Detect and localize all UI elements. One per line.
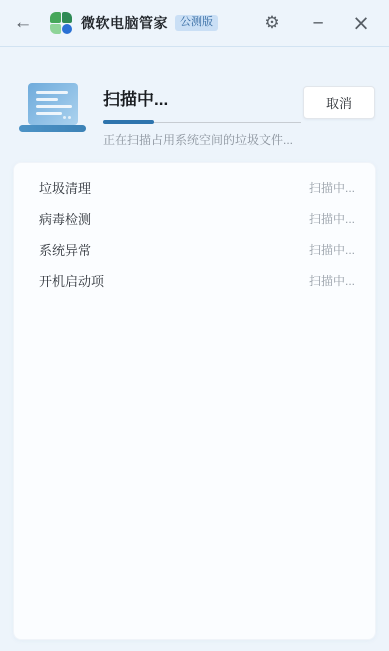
logo-quadrant [62, 12, 73, 23]
scan-list-row: 病毒检测 扫描中... [39, 203, 355, 234]
minimize-icon[interactable]: ─ [305, 10, 331, 36]
pc-manager-logo-icon [50, 12, 72, 34]
logo-quadrant [50, 12, 61, 23]
laptop-screen [28, 83, 78, 125]
logo-quadrant [50, 24, 61, 35]
scan-list-card: 垃圾清理 扫描中... 病毒检测 扫描中... 系统异常 扫描中... 开机启动… [13, 162, 376, 640]
beta-badge: 公测版 [175, 15, 218, 31]
scan-item-status: 扫描中... [309, 241, 355, 258]
scan-list-row: 开机启动项 扫描中... [39, 265, 355, 296]
app-title: 微软电脑管家 [81, 13, 168, 33]
scan-item-status: 扫描中... [309, 210, 355, 227]
scan-info: 扫描中... 正在扫描占用系统空间的垃圾文件... [103, 83, 293, 148]
scan-list-row: 垃圾清理 扫描中... [39, 172, 355, 203]
scan-subtitle: 正在扫描占用系统空间的垃圾文件... [103, 131, 293, 148]
scan-header: 扫描中... 正在扫描占用系统空间的垃圾文件... 取消 [0, 47, 389, 148]
progress-bar [103, 120, 301, 124]
scan-item-label: 病毒检测 [39, 209, 91, 228]
progress-fill [103, 120, 154, 124]
logo-quadrant [62, 24, 73, 35]
laptop-scan-icon [19, 83, 86, 135]
close-icon[interactable]: × [348, 10, 374, 36]
scan-list-row: 系统异常 扫描中... [39, 234, 355, 265]
scan-item-label: 系统异常 [39, 240, 91, 259]
scan-item-label: 开机启动项 [39, 271, 104, 290]
scan-item-status: 扫描中... [309, 272, 355, 289]
scan-item-status: 扫描中... [309, 179, 355, 196]
laptop-base [19, 125, 86, 132]
titlebar: ← 微软电脑管家 公测版 ⚙ ─ × [0, 0, 389, 47]
scan-title: 扫描中... [103, 85, 293, 110]
cancel-button[interactable]: 取消 [303, 86, 375, 119]
scan-item-label: 垃圾清理 [39, 178, 91, 197]
back-icon[interactable]: ← [11, 11, 35, 35]
gear-icon[interactable]: ⚙ [259, 10, 285, 36]
